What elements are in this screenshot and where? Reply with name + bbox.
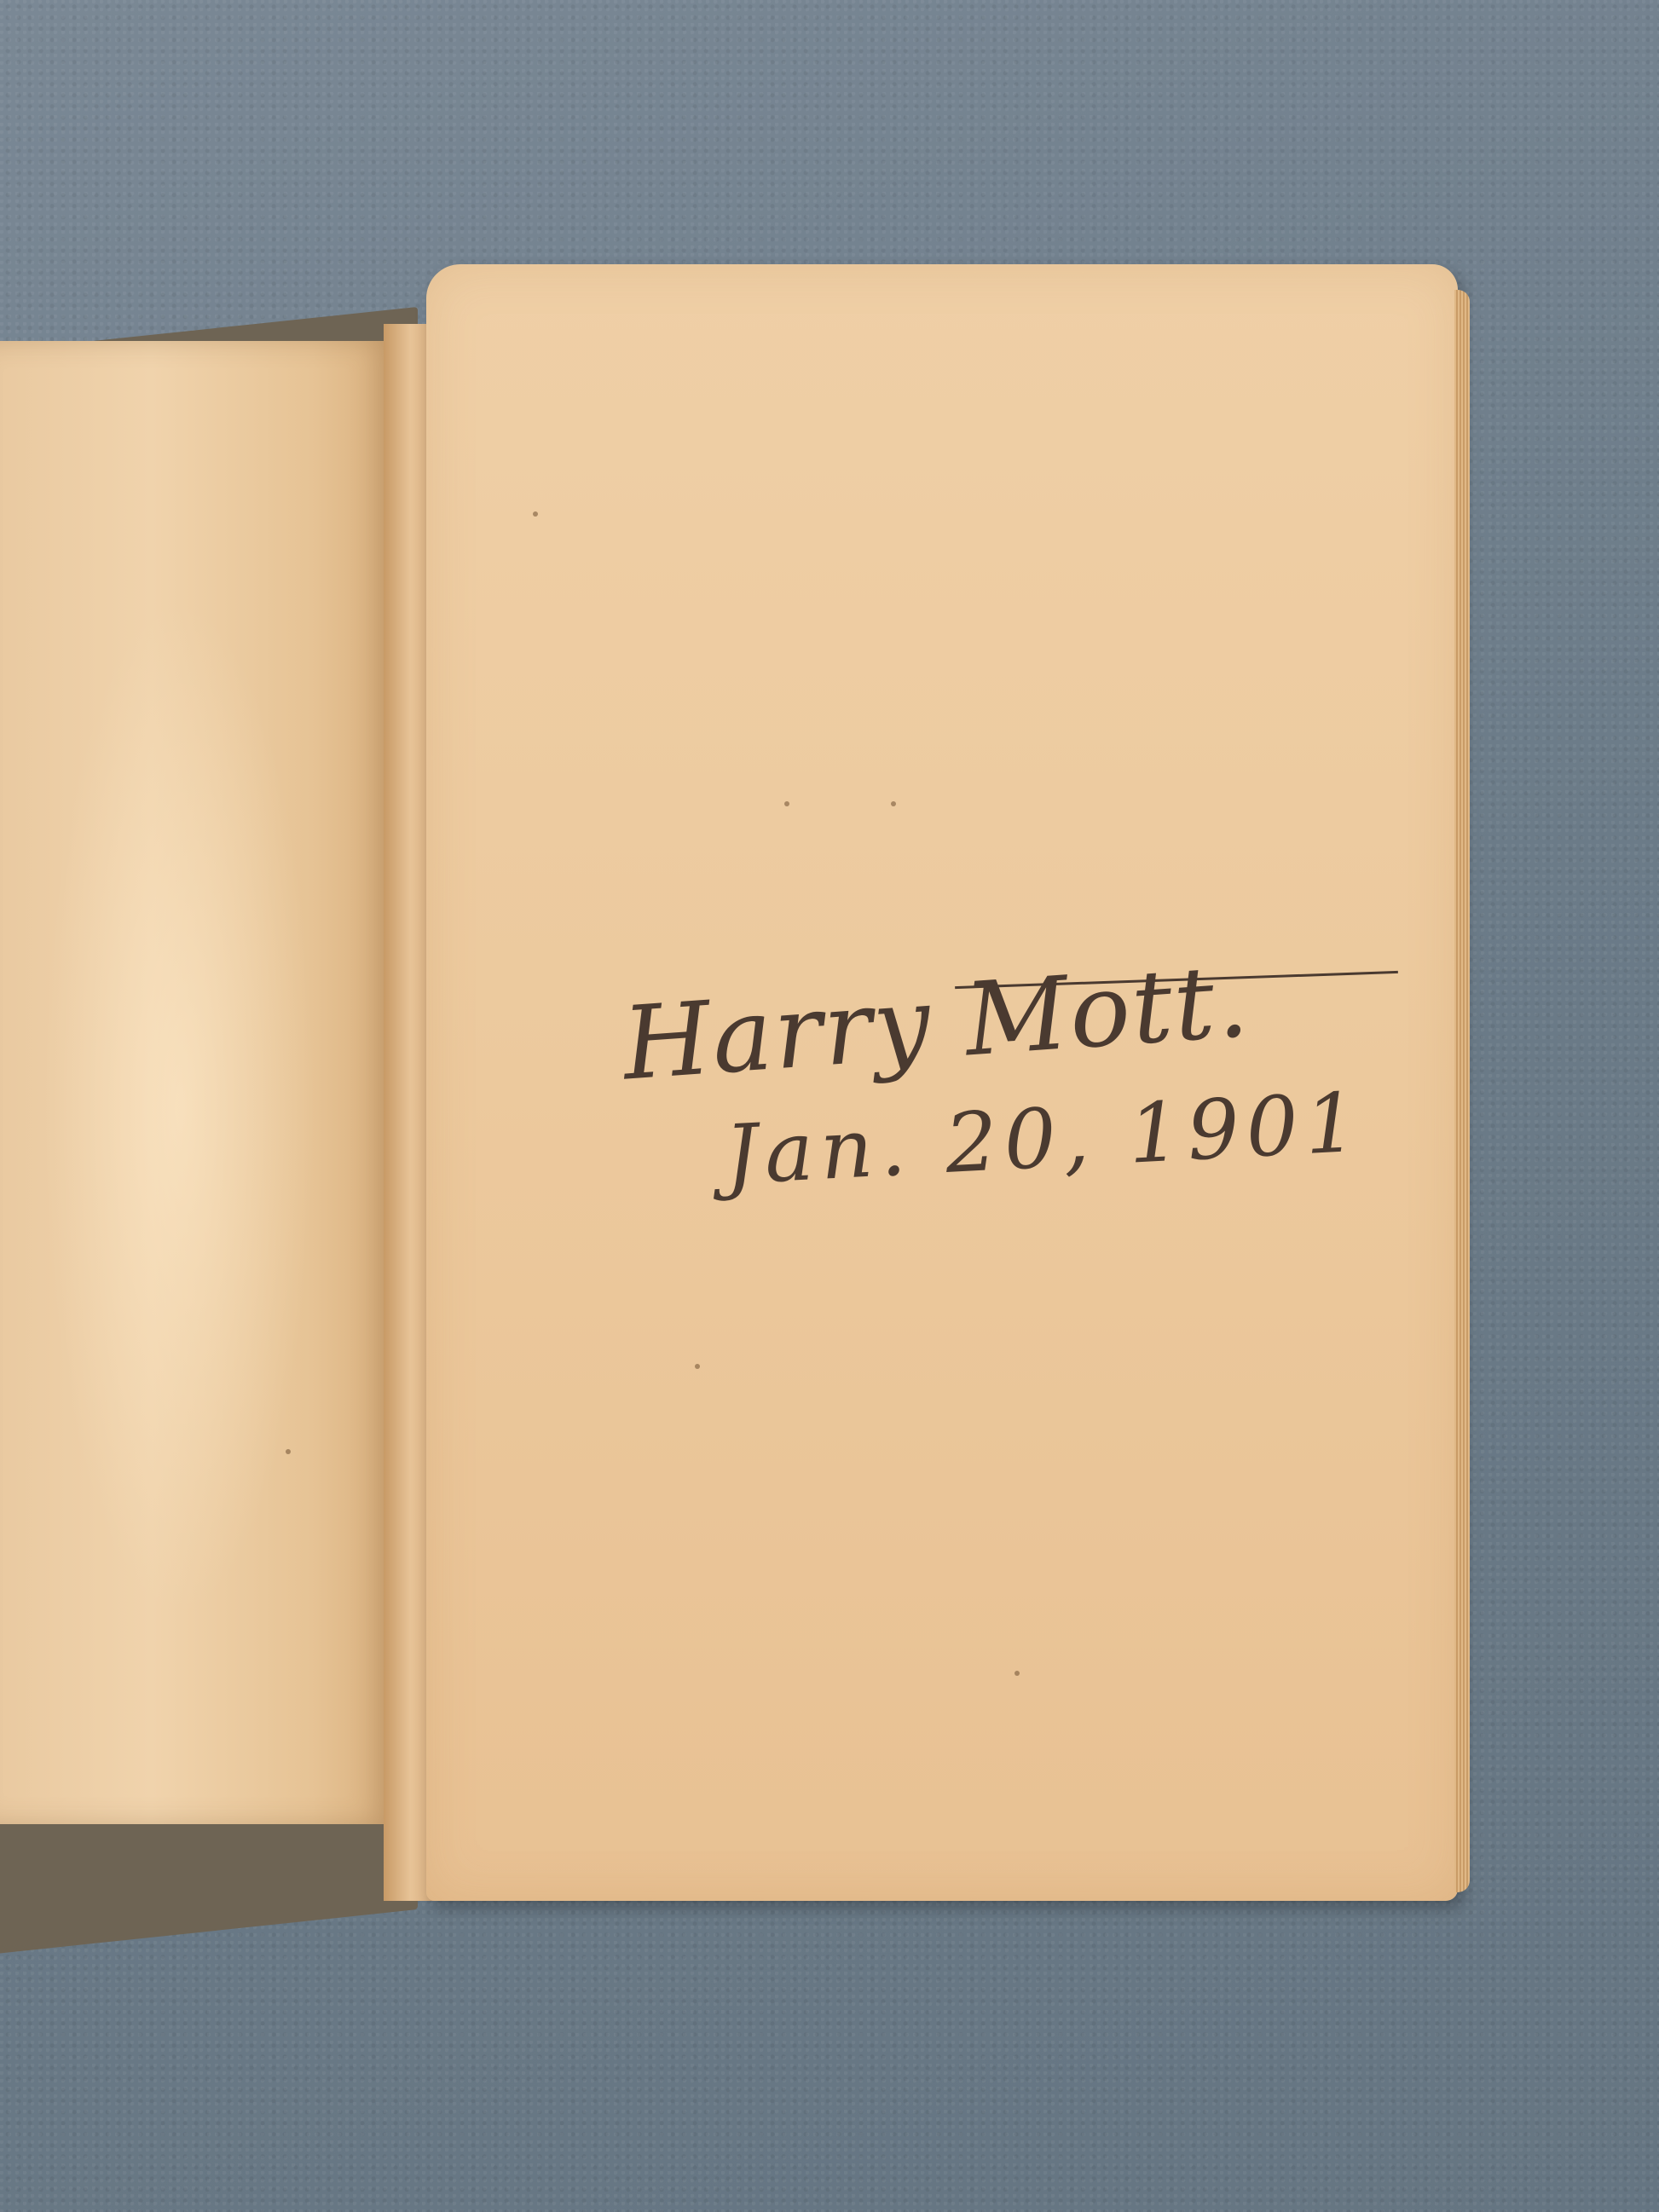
page-edge [1454, 290, 1470, 1892]
photo-scene: Harry Mott. Jan. 20, 1901 [0, 0, 1659, 2212]
left-endpaper [0, 341, 392, 1824]
signature-name: Harry Mott. [619, 941, 1253, 1102]
inscription-date: Jan. 20, 1901 [723, 1074, 1367, 1203]
paper-speck [286, 1449, 291, 1454]
paper-speck [533, 511, 538, 517]
paper-speck [891, 801, 896, 806]
handwritten-inscription: Harry Mott. Jan. 20, 1901 [597, 929, 1415, 1253]
paper-speck [695, 1364, 700, 1369]
paper-speck [1014, 1671, 1020, 1676]
paper-speck [784, 801, 789, 806]
